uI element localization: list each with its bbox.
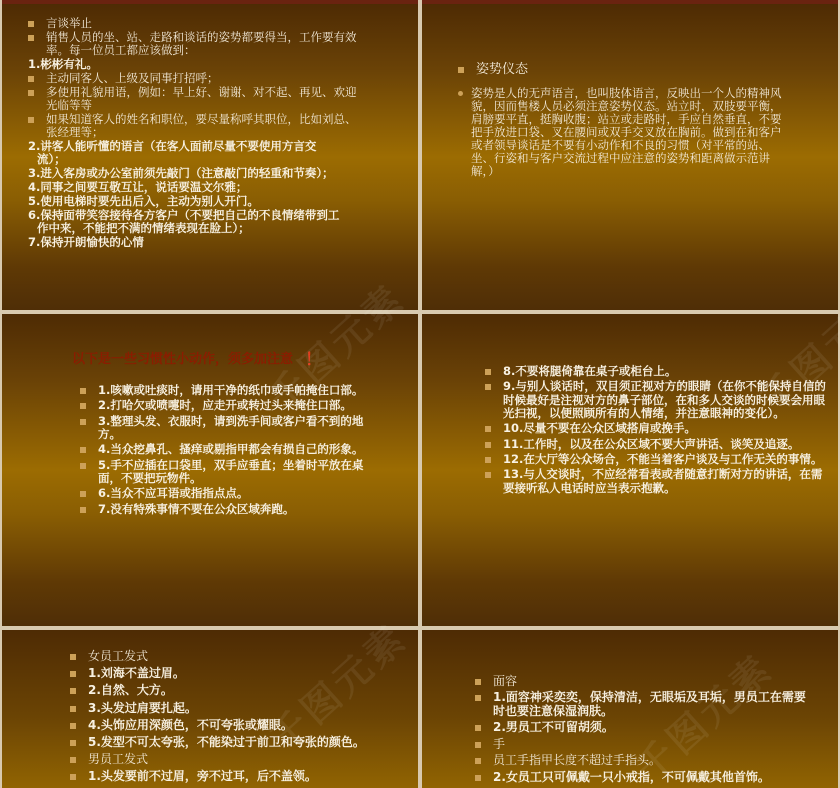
list-item: 3.整理头发、衣服时，请到洗手间或客户看不到的地方。 [80, 415, 380, 442]
square-bullet-icon [485, 369, 491, 375]
slide-thumbnail-speech-etiquette[interactable]: 言谈举止 销售人员的坐、站、走路和谈话的姿势都要得当，工作要有效率。每一位员工都… [2, 0, 418, 310]
list-item-text: 2.打哈欠或喷嚏时，应走开或转过头来掩住口部。 [98, 399, 372, 412]
square-bullet-icon [475, 725, 481, 731]
dot-bullet-icon [458, 91, 463, 96]
list-item-text: 7.没有特殊事情不要在公众区域奔跑。 [98, 503, 372, 516]
list-item: 2.讲客人能听懂的语言（在客人面前尽量不要使用方言交流）； [28, 140, 376, 166]
list-item: 男员工发式 [70, 753, 402, 766]
square-bullet-icon [70, 671, 76, 677]
list-item-text: 2.讲客人能听懂的语言（在客人面前尽量不要使用方言交流）； [28, 140, 340, 166]
square-bullet-icon [28, 117, 34, 123]
list-item-text: 4.同事之间要互敬互让，说话要温文尔雅； [28, 181, 340, 194]
list-item: 2.男员工不可留胡须。 [475, 721, 827, 734]
list-item: 2.自然、大方。 [70, 684, 402, 697]
square-bullet-icon [80, 447, 86, 453]
list-item: 5.手不应插在口袋里，双手应垂直；坐着时平放在桌面，不要把玩物件。 [80, 459, 380, 486]
warning-title-text: 以下是一些习惯性小动作，须多加注意 [72, 352, 293, 367]
list-item-text: 4.头饰应用深颜色，不可夸张或耀眼。 [88, 719, 402, 732]
list-item-text: 6.保持面带笑容接待各方客户（不要把自己的不良情绪带到工作中来，不能把不满的情绪… [28, 209, 340, 235]
square-bullet-icon [475, 742, 481, 748]
square-bullet-icon [70, 654, 76, 660]
list-item-text: 3.整理头发、衣服时，请到洗手间或客户看不到的地方。 [98, 415, 372, 442]
list-item: 12.在大厅等公众场合，不能当着客户谈及与工作无关的事情。 [485, 453, 837, 466]
square-bullet-icon [80, 491, 86, 497]
warning-title: 以下是一些习惯性小动作，须多加注意！ [72, 345, 372, 370]
list-item-text: 1.头发要前不过眉，旁不过耳，后不盖领。 [88, 770, 402, 783]
square-bullet-icon [475, 695, 481, 701]
list-item-text: 主动同客人、上级及同事打招呼； [46, 72, 358, 85]
list-item-text: 手 [493, 738, 813, 751]
square-bullet-icon [475, 775, 481, 781]
list-item: 主动同客人、上级及同事打招呼； [28, 72, 376, 85]
list-item: 8.不要将腿倚靠在桌子或柜台上。 [485, 365, 837, 378]
list-item: 5.发型不可太夸张，不能染过于前卫和夸张的颜色。 [70, 736, 402, 749]
slide-thumbnail-hairstyle[interactable]: 女员工发式1.刘海不盖过眉。2.自然、大方。3.头发过肩要扎起。4.头饰应用深颜… [2, 630, 418, 788]
warning-exclaim: ！ [305, 350, 322, 370]
list-item: 5.使用电梯时要先出后入，主动为别人开门。 [28, 195, 376, 208]
list-item: 6.保持面带笑容接待各方客户（不要把自己的不良情绪带到工作中来，不能把不满的情绪… [28, 209, 376, 235]
list-item: 4.当众挖鼻孔、搔痒或剔指甲都会有损自己的形象。 [80, 443, 380, 456]
list-item-text: 员工手指甲长度不超过手指头。 [493, 754, 813, 767]
square-bullet-icon [70, 688, 76, 694]
list-item: 姿势是人的无声语言，也叫肢体语言，反映出一个人的精神风貌，因而售楼人员必须注意姿… [458, 87, 830, 179]
square-bullet-icon [475, 679, 481, 685]
list-item: 1.咳嗽或吐痰时，请用干净的纸巾或手帕掩住口部。 [80, 384, 380, 397]
list-item: 1.头发要前不过眉，旁不过耳，后不盖领。 [70, 770, 402, 783]
list-item-text: 男员工发式 [88, 753, 402, 766]
square-bullet-icon [458, 67, 464, 73]
list-item-text: 1.面容神采奕奕，保持清洁，无眼垢及耳垢，男员工在需要时也要注意保湿润肤。 [493, 691, 813, 718]
square-bullet-icon [485, 457, 491, 463]
list-item-text: 3.进入客房或办公室前须先敲门（注意敲门的轻重和节奏）； [28, 167, 340, 180]
square-bullet-icon [70, 740, 76, 746]
list-item: 手 [475, 738, 827, 751]
list-item-text: 3.头发过肩要扎起。 [88, 702, 402, 715]
list-item: 4.头饰应用深颜色，不可夸张或耀眼。 [70, 719, 402, 732]
slide-body: 姿势仪态姿势是人的无声语言，也叫肢体语言，反映出一个人的精神风貌，因而售楼人员必… [458, 63, 830, 179]
list-item: 2.女员工只可佩戴一只小戒指，不可佩戴其他首饰。 [475, 771, 827, 784]
list-item-text: 6.当众不应耳语或指指点点。 [98, 487, 372, 500]
list-item: 9.与别人谈话时，双目须正视对方的眼睛（在你不能保持自信的时候最好是注视对方的鼻… [485, 380, 837, 420]
list-item-text: 姿势是人的无声语言，也叫肢体语言，反映出一个人的精神风貌，因而售楼人员必须注意姿… [471, 87, 789, 179]
square-bullet-icon [80, 507, 86, 513]
slide-thumbnail-face-hands[interactable]: 面容 1.面容神采奕奕，保持清洁，无眼垢及耳垢，男员工在需要时也要注意保湿润肤。… [422, 630, 838, 788]
list-item: 销售人员的坐、站、走路和谈话的姿势都要得当，工作要有效率。每一位员工都应该做到： [28, 31, 376, 57]
list-item: 女员工发式 [70, 650, 402, 663]
list-item: 如果知道客人的姓名和职位，要尽量称呼其职位，比如刘总、张经理等； [28, 113, 376, 139]
square-bullet-icon [475, 758, 481, 764]
list-item-text: 8.不要将腿倚靠在桌子或柜台上。 [503, 365, 833, 378]
list-item-text: 1.咳嗽或吐痰时，请用干净的纸巾或手帕掩住口部。 [98, 384, 372, 397]
square-bullet-icon [80, 388, 86, 394]
slide-body: 面容 1.面容神采奕奕，保持清洁，无眼垢及耳垢，男员工在需要时也要注意保湿润肤。… [475, 675, 827, 787]
list-item-text: 面容 [493, 675, 813, 688]
list-item-text: 5.使用电梯时要先出后入，主动为别人开门。 [28, 195, 340, 208]
square-bullet-icon [485, 442, 491, 448]
list-item: 3.进入客房或办公室前须先敲门（注意敲门的轻重和节奏）； [28, 167, 376, 180]
list-item-text: 销售人员的坐、站、走路和谈话的姿势都要得当，工作要有效率。每一位员工都应该做到： [46, 31, 358, 57]
list-item-text: 1.刘海不盖过眉。 [88, 667, 402, 680]
slide-body: 女员工发式1.刘海不盖过眉。2.自然、大方。3.头发过肩要扎起。4.头饰应用深颜… [70, 650, 402, 788]
list-item: 3.头发过肩要扎起。 [70, 702, 402, 715]
list-item: 7.没有特殊事情不要在公众区域奔跑。 [80, 503, 380, 516]
list-item: 10.尽量不要在公众区域搭肩或挽手。 [485, 422, 837, 435]
list-item-text: 女员工发式 [88, 650, 402, 663]
list-item: 多使用礼貌用语，例如：早上好、谢谢、对不起、再见、欢迎光临等等 [28, 86, 376, 112]
square-bullet-icon [485, 472, 491, 478]
square-bullet-icon [70, 774, 76, 780]
square-bullet-icon [485, 426, 491, 432]
list-item: 13.与人交谈时，不应经常看表或者随意打断对方的讲话，在需要接听私人电话时应当表… [485, 468, 837, 495]
square-bullet-icon [80, 403, 86, 409]
list-item-text: 4.当众挖鼻孔、搔痒或剔指甲都会有损自己的形象。 [98, 443, 372, 456]
list-item-text: 姿势仪态 [476, 63, 794, 78]
list-item: 1.刘海不盖过眉。 [70, 667, 402, 680]
square-bullet-icon [485, 384, 491, 390]
list-item-text: 11.工作时，以及在公众区域不要大声讲话、谈笑及追逐。 [503, 438, 833, 451]
square-bullet-icon [80, 419, 86, 425]
slide-body: 1.咳嗽或吐痰时，请用干净的纸巾或手帕掩住口部。2.打哈欠或喷嚏时，应走开或转过… [80, 384, 380, 518]
list-item-text: 如果知道客人的姓名和职位，要尽量称呼其职位，比如刘总、张经理等； [46, 113, 358, 139]
list-item: 姿势仪态 [458, 63, 830, 78]
square-bullet-icon [70, 757, 76, 763]
square-bullet-icon [70, 723, 76, 729]
slide-body: 8.不要将腿倚靠在桌子或柜台上。9.与别人谈话时，双目须正视对方的眼睛（在你不能… [485, 365, 837, 497]
square-bullet-icon [28, 35, 34, 41]
list-item-text: 12.在大厅等公众场合，不能当着客户谈及与工作无关的事情。 [503, 453, 833, 466]
list-item: 员工手指甲长度不超过手指头。 [475, 754, 827, 767]
list-item-text: 言谈举止 [46, 17, 358, 30]
list-item-text: 10.尽量不要在公众区域搭肩或挽手。 [503, 422, 833, 435]
list-item: 11.工作时，以及在公众区域不要大声讲话、谈笑及追逐。 [485, 438, 837, 451]
list-item-text: 5.手不应插在口袋里，双手应垂直；坐着时平放在桌面，不要把玩物件。 [98, 459, 372, 486]
list-item: 6.当众不应耳语或指指点点。 [80, 487, 380, 500]
list-item: 1.彬彬有礼。 [28, 58, 376, 71]
slide-body: 言谈举止 销售人员的坐、站、走路和谈话的姿势都要得当，工作要有效率。每一位员工都… [28, 17, 376, 250]
square-bullet-icon [28, 76, 34, 82]
square-bullet-icon [70, 706, 76, 712]
list-item: 7.保持开朗愉快的心情 [28, 236, 376, 249]
list-item-text: 多使用礼貌用语，例如：早上好、谢谢、对不起、再见、欢迎光临等等 [46, 86, 358, 112]
list-item-text: 9.与别人谈话时，双目须正视对方的眼睛（在你不能保持自信的时候最好是注视对方的鼻… [503, 380, 833, 420]
slide-grid: 言谈举止 销售人员的坐、站、走路和谈话的姿势都要得当，工作要有效率。每一位员工都… [0, 0, 840, 788]
list-item-text: 13.与人交谈时，不应经常看表或者随意打断对方的讲话，在需要接听私人电话时应当表… [503, 468, 833, 495]
square-bullet-icon [28, 90, 34, 96]
list-item: 面容 [475, 675, 827, 688]
slide-thumbnail-public-conduct[interactable]: 8.不要将腿倚靠在桌子或柜台上。9.与别人谈话时，双目须正视对方的眼睛（在你不能… [422, 314, 838, 626]
square-bullet-icon [80, 463, 86, 469]
list-item: 4.同事之间要互敬互让，说话要温文尔雅； [28, 181, 376, 194]
list-item-text: 1.彬彬有礼。 [28, 58, 340, 71]
list-item-text: 7.保持开朗愉快的心情 [28, 236, 340, 249]
square-bullet-icon [28, 21, 34, 27]
list-item: 1.面容神采奕奕，保持清洁，无眼垢及耳垢，男员工在需要时也要注意保湿润肤。 [475, 691, 827, 718]
list-item-text: 5.发型不可太夸张，不能染过于前卫和夸张的颜色。 [88, 736, 402, 749]
list-item: 言谈举止 [28, 17, 376, 30]
slide-thumbnail-habitual-gestures[interactable]: 以下是一些习惯性小动作，须多加注意！ 1.咳嗽或吐痰时，请用干净的纸巾或手帕掩住… [2, 314, 418, 626]
list-item-text: 2.男员工不可留胡须。 [493, 721, 813, 734]
list-item-text: 2.自然、大方。 [88, 684, 402, 697]
list-item: 2.打哈欠或喷嚏时，应走开或转过头来掩住口部。 [80, 399, 380, 412]
list-item-text: 2.女员工只可佩戴一只小戒指，不可佩戴其他首饰。 [493, 771, 813, 784]
slide-thumbnail-posture-demeanor[interactable]: 姿势仪态姿势是人的无声语言，也叫肢体语言，反映出一个人的精神风貌，因而售楼人员必… [422, 0, 838, 310]
